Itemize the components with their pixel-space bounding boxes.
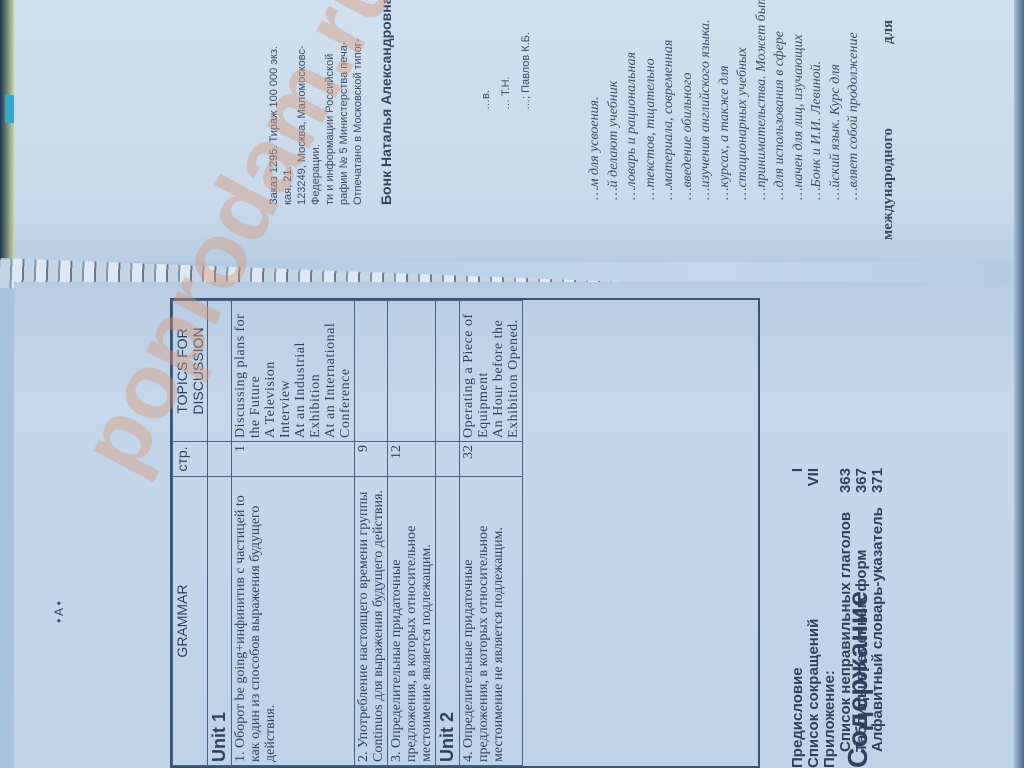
- topics-cell: [388, 301, 436, 442]
- colophon-line: Федерации.: [310, 144, 323, 205]
- colophon-line: Отпечатано в Московской типог-: [352, 39, 365, 205]
- page-cell: 12: [388, 441, 436, 476]
- annotation-line: …йский язык. Курс для: [827, 64, 845, 200]
- table-row: 1. Оборот be going+инфинитив с частицей …: [232, 301, 355, 766]
- left-page: [14, 0, 1024, 262]
- grammar-cell: 4. Определительные придаточные предложен…: [460, 476, 523, 765]
- header-topics: TOPICS FOR DISCUSSION: [173, 301, 208, 442]
- annotation-line: …вляет собой продолжение: [845, 32, 863, 200]
- page-cell: 1: [232, 441, 355, 476]
- page-marker: • A •: [52, 601, 66, 623]
- front-matter-label: Таблицы временных форм: [854, 549, 870, 752]
- front-matter-item: Список сокращенийVII: [806, 468, 822, 768]
- front-matter-page: 363: [838, 468, 854, 493]
- annotation-line: …текстов, тщательно: [642, 58, 660, 200]
- page-cell: 32: [460, 441, 523, 476]
- annotation-line: …стационарных учебных: [734, 47, 752, 200]
- topics-cell: Discussing plans for the FutureA Televis…: [232, 301, 355, 442]
- page-cell: 9: [355, 441, 388, 476]
- front-matter-page: I: [790, 468, 806, 472]
- front-matter-label: Предисловие: [790, 667, 806, 768]
- annotation-line: …введение обильного: [679, 73, 697, 200]
- topic-item: At an International Conference: [323, 304, 353, 438]
- topics-cell: [355, 301, 388, 442]
- unit-row: Unit 1: [208, 301, 232, 766]
- credits-line: …в.: [480, 90, 493, 110]
- front-matter-item: ПредисловиеI: [790, 468, 806, 768]
- topics-cell: Operating a Piece of EquipmentAn Hour be…: [460, 301, 523, 442]
- annotation-line: …Бонк и И.И. Левиной.: [808, 61, 826, 200]
- table-of-contents: Содержание ПредисловиеIСписок сокращений…: [170, 298, 1024, 768]
- author-name: Бонк Наталья Александровна: [378, 0, 394, 205]
- annotation-line: …й делают учебник: [605, 81, 623, 200]
- topic-item: Operating a Piece of Equipment: [461, 304, 491, 438]
- topic-item: An Hour before the Exhibition Opened.: [491, 304, 521, 438]
- contents-table: GRAMMAR стр. TOPICS FOR DISCUSSION Unit …: [170, 298, 760, 768]
- annotation-line: …изучения английского языка.: [697, 19, 715, 200]
- front-matter-page: VII: [806, 468, 822, 486]
- topic-item: A Television Interview: [263, 304, 293, 438]
- front-matter-item: Список неправильных глаголов363: [838, 468, 854, 768]
- front-matter-label: Список неправильных глаголов: [838, 512, 854, 752]
- grammar-cell: 3. Определительные придаточные предложен…: [388, 476, 436, 765]
- grammar-cell: 1. Оборот be going+инфинитив с частицей …: [232, 476, 355, 765]
- grammar-cell: 2. Употребление настоящего времени групп…: [355, 476, 388, 765]
- front-matter-label: Приложение:: [822, 670, 838, 768]
- table-row: 2. Употребление настоящего времени групп…: [355, 301, 388, 766]
- header-grammar: GRAMMAR: [173, 476, 208, 765]
- credits-line: … Т.Н.: [500, 76, 513, 110]
- unit-heading: Unit 1: [208, 476, 232, 765]
- book-cover-edge: [0, 0, 14, 260]
- colophon-line: 123249, Москва, Маломосковс-: [296, 45, 309, 205]
- table-row: 3. Определительные придаточные предложен…: [388, 301, 436, 766]
- annotation-line: …материала, современная: [660, 40, 678, 200]
- annotation-line: …м для усвоения.: [586, 96, 604, 200]
- annotation-line: …принимательства. Может быть: [753, 0, 771, 200]
- topic-item: Discussing plans for the Future: [233, 304, 263, 438]
- table-header-row: GRAMMAR стр. TOPICS FOR DISCUSSION: [173, 301, 208, 766]
- header-page: стр.: [173, 441, 208, 476]
- page-edge-shadow: [1014, 0, 1024, 768]
- front-matter-page: 367: [854, 468, 870, 493]
- colophon-line: Заказ 1295. Тираж 100 000 экз.: [268, 46, 281, 205]
- front-matter-item: Алфавитный словарь-указатель371: [870, 468, 886, 768]
- front-matter-label: Алфавитный словарь-указатель: [870, 507, 886, 752]
- front-matter-item: Таблицы временных форм367: [854, 468, 870, 768]
- table-row: 4. Определительные придаточные предложен…: [460, 301, 523, 766]
- annotation-line: …курсах, а также для: [716, 65, 734, 200]
- colophon-line: кая, 21.: [282, 166, 295, 205]
- credits-line: …; Павлов К.Б.: [520, 32, 533, 110]
- unit-row: Unit 2: [436, 301, 460, 766]
- colophon-line: рафии № 5 Министерства печа-: [338, 42, 351, 206]
- front-matter-label: Список сокращений: [806, 619, 822, 768]
- annotation-line: …начен для лиц, изучающих: [790, 34, 808, 200]
- topic-item: At an Industrial Exhibition: [293, 304, 323, 438]
- unit-heading: Unit 2: [436, 476, 460, 765]
- annotation-line: …для использования в сфере: [771, 31, 789, 200]
- front-matter-list: ПредисловиеIСписок сокращенийVIIПриложен…: [790, 468, 886, 768]
- running-header-word: для: [880, 20, 897, 44]
- annotation-line: …ловарь и рациональная: [623, 52, 641, 200]
- colophon-line: ти и информации Российской: [324, 54, 337, 205]
- front-matter-page: 371: [870, 468, 886, 493]
- running-header-word: международного: [880, 128, 897, 240]
- front-matter-item: Приложение:: [822, 468, 838, 768]
